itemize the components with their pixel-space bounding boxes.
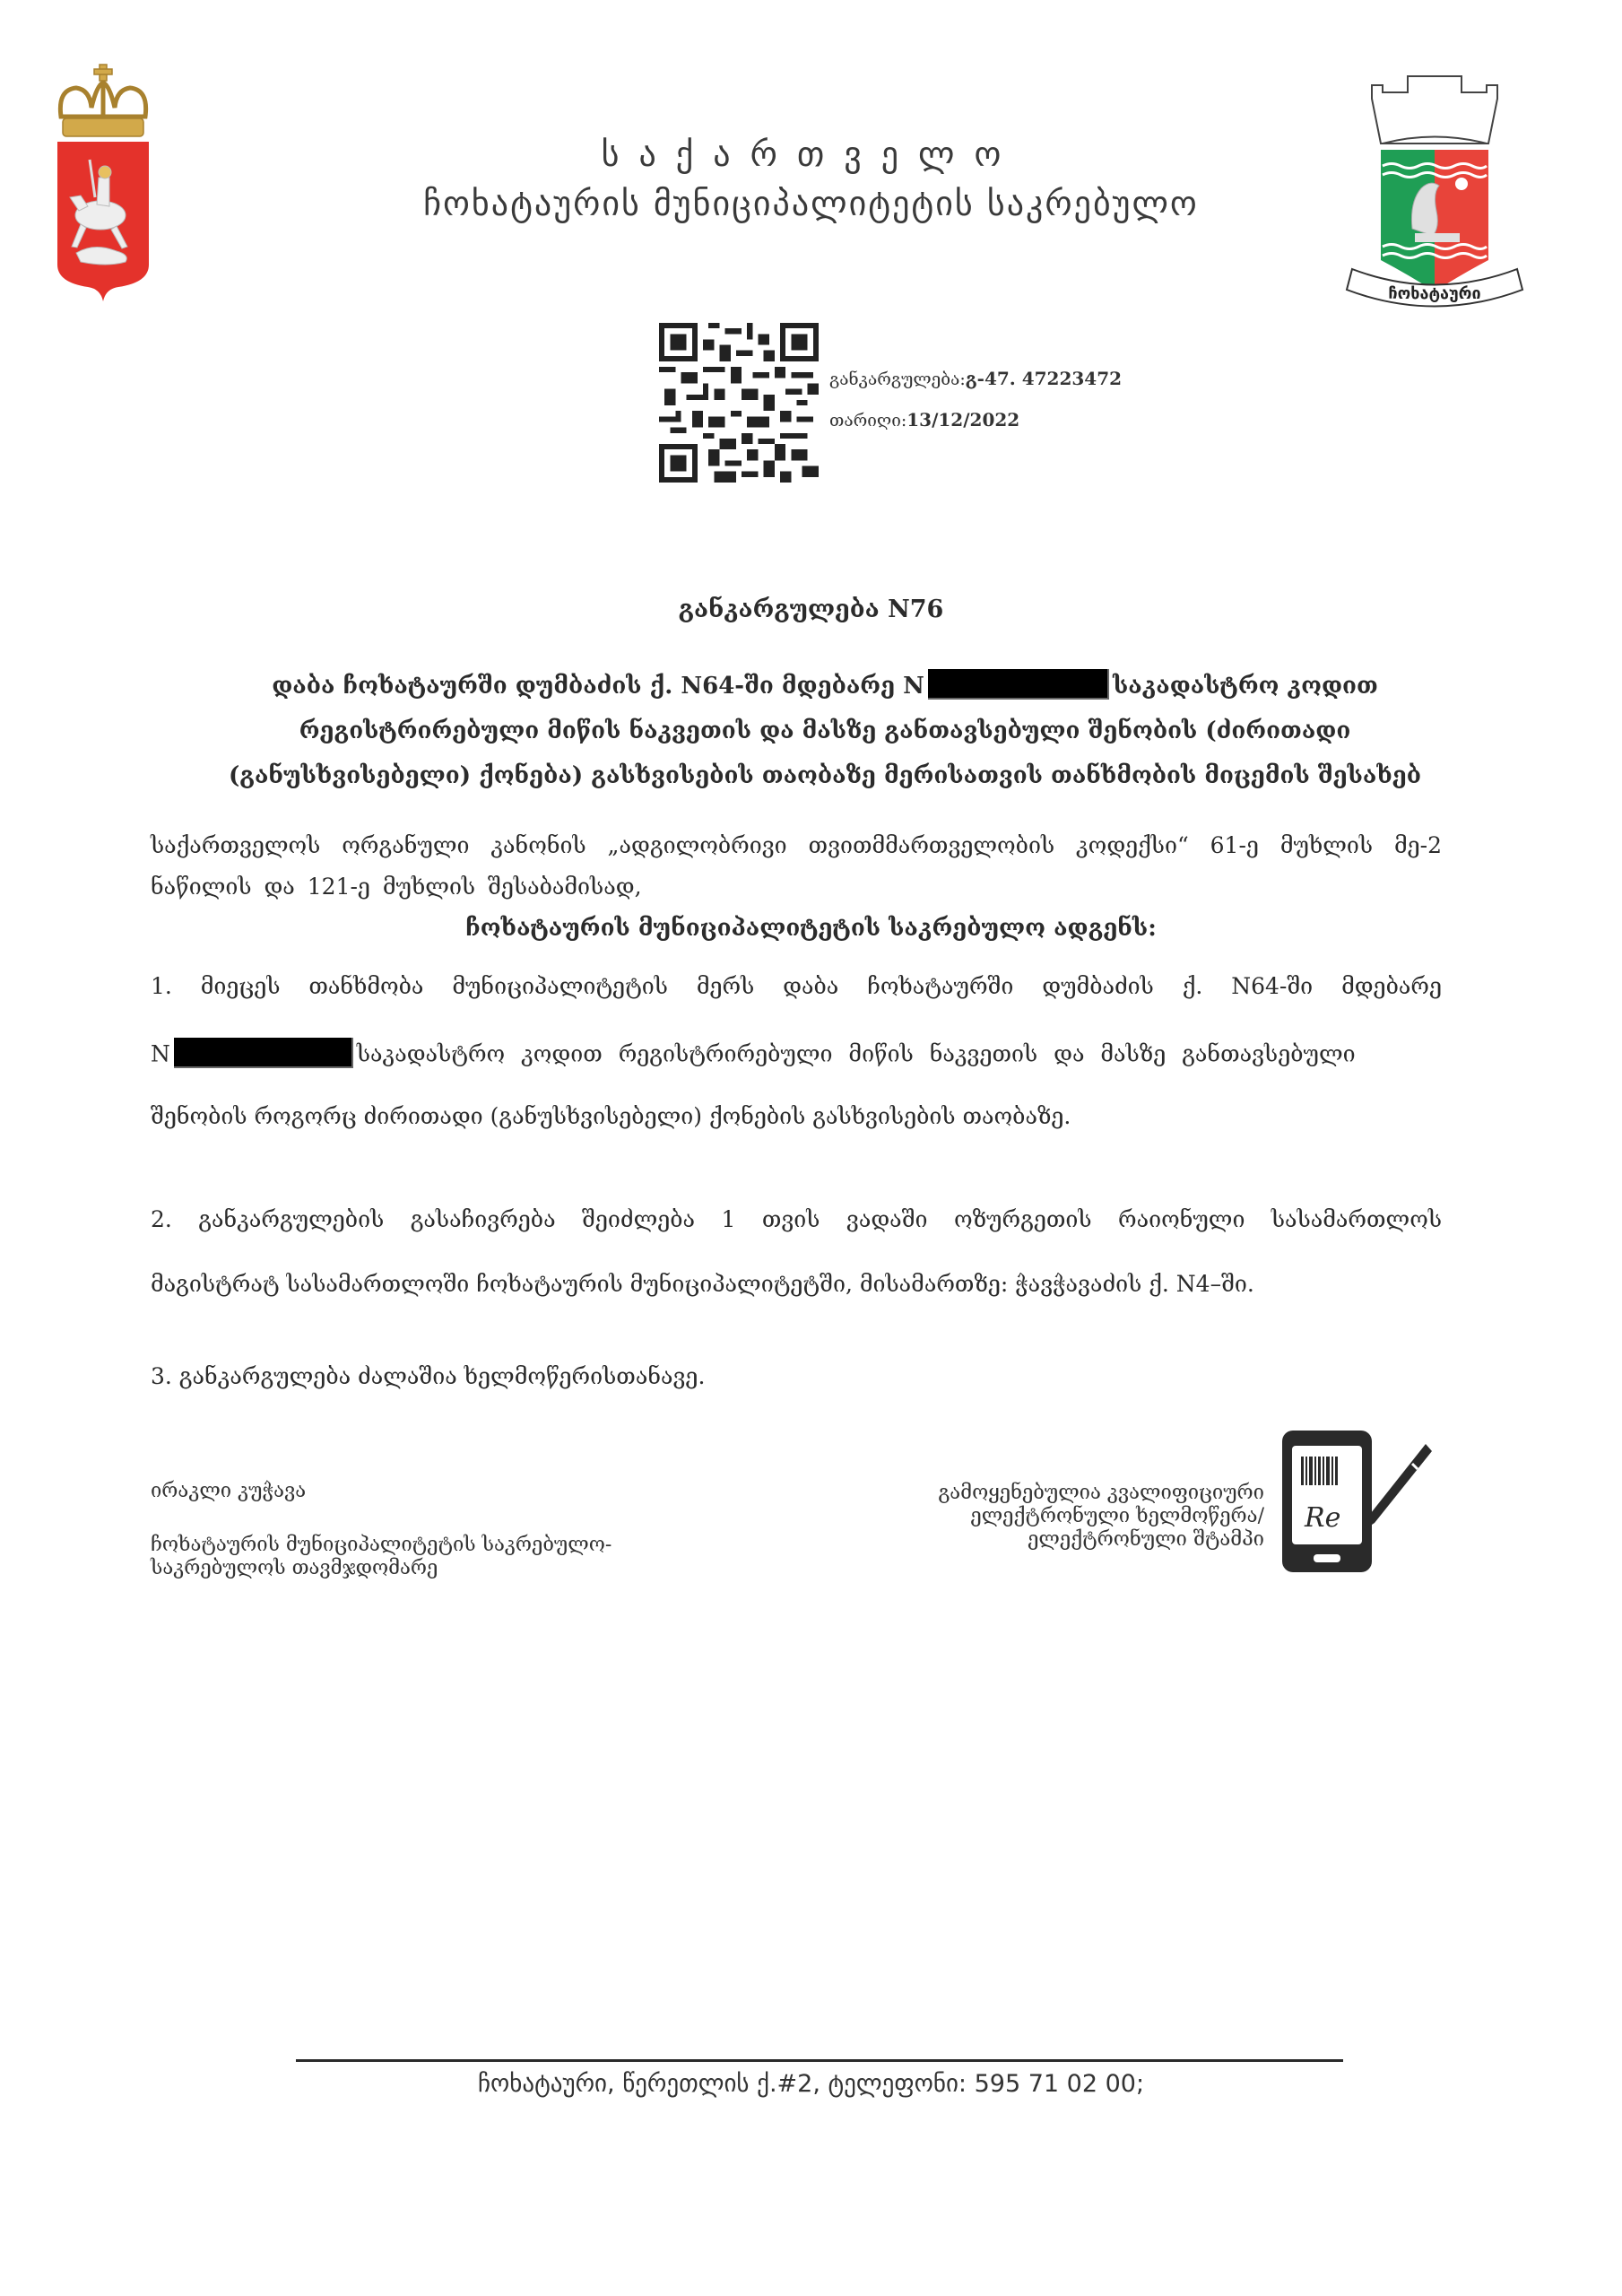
subject-part1: დაბა ჩოხატაურში დუმბაძის ქ. N64-ში მდება… (272, 673, 924, 700)
item-1-line-1: 1. მიეცეს თანხმობა მუნიციპალიტეტის მერს … (151, 973, 1442, 999)
redacted-cadastral-code (174, 1038, 353, 1068)
signatory-title: ჩოხატაურის მუნიციპალიტეტის საკრებულო- სა… (151, 1534, 612, 1580)
signatory-name: ირაკლი კუჭავა (151, 1480, 306, 1502)
date-value: 13/12/2022 (906, 409, 1019, 430)
document-subject: დაბა ჩოხატაურში დუმბაძის ქ. N64-ში მდება… (206, 664, 1444, 798)
preamble: საქართველოს ორგანული კანონის „ადგილობრივ… (151, 825, 1442, 908)
decree-date: თარიღი:13/12/2022 (829, 409, 1019, 430)
item-1-prefix: N (151, 1041, 170, 1067)
item-2-line-2: მაგისტრატ სასამართლოში ჩოხატაურის მუნიცი… (151, 1271, 1442, 1297)
signatory-title-line-1: ჩოხატაურის მუნიციპალიტეტის საკრებულო- (151, 1534, 612, 1557)
date-label: თარიღი: (829, 411, 906, 430)
adopts-heading: ჩოხატაურის მუნიციპალიტეტის საკრებულო ადგ… (0, 915, 1622, 942)
decree-value: გ-47. 47223472 (966, 368, 1122, 389)
electronic-signature-note: გამოყენებულია კვალიფიციური ელექტრონული ხ… (834, 1482, 1264, 1552)
footer-divider (296, 2059, 1343, 2062)
redacted-cadastral-code (928, 669, 1109, 700)
item-1-line-2: Nსაკადასტრო კოდით რეგისტრირებული მიწის ნ… (151, 1038, 1442, 1074)
item-3-line-1: 3. განკარგულება ძალაშია ხელმოწერისთანავე… (151, 1363, 1442, 1389)
item-1-suffix: საკადასტრო კოდით რეგისტრირებული მიწის ნა… (357, 1041, 1356, 1067)
esign-line-2: ელექტრონული ხელმოწერა/ (834, 1505, 1264, 1528)
chokhatauri-coat-of-arms-icon: ჩოხატაური (1345, 67, 1524, 309)
item-1-line-3: შენობის როგორც ძირითადი (განუსხვისებელი)… (151, 1103, 1442, 1129)
signatory-title-line-2: საკრებულოს თავმჯდომარე (151, 1557, 612, 1580)
footer-address: ჩოხატაური, წერეთლის ქ.#2, ტელეფონი: 595 … (0, 2070, 1622, 2098)
qr-code-icon[interactable] (659, 323, 819, 483)
decree-reference: განკარგულება:გ-47. 47223472 (829, 368, 1122, 389)
phone-signature-icon: Re (1278, 1426, 1435, 1578)
ribbon-text: ჩოხატაური (1388, 284, 1480, 303)
esign-line-3: ელექტრონული შტამპი (834, 1528, 1264, 1552)
svg-text:Re: Re (1304, 1502, 1340, 1534)
document-number: განკარგულება N76 (0, 596, 1622, 623)
esign-line-1: გამოყენებულია კვალიფიციური (834, 1482, 1264, 1505)
item-2-line-1: 2. განკარგულების გასაჩივრება შეიძლება 1 … (151, 1206, 1442, 1232)
decree-label: განკარგულება: (829, 370, 966, 389)
